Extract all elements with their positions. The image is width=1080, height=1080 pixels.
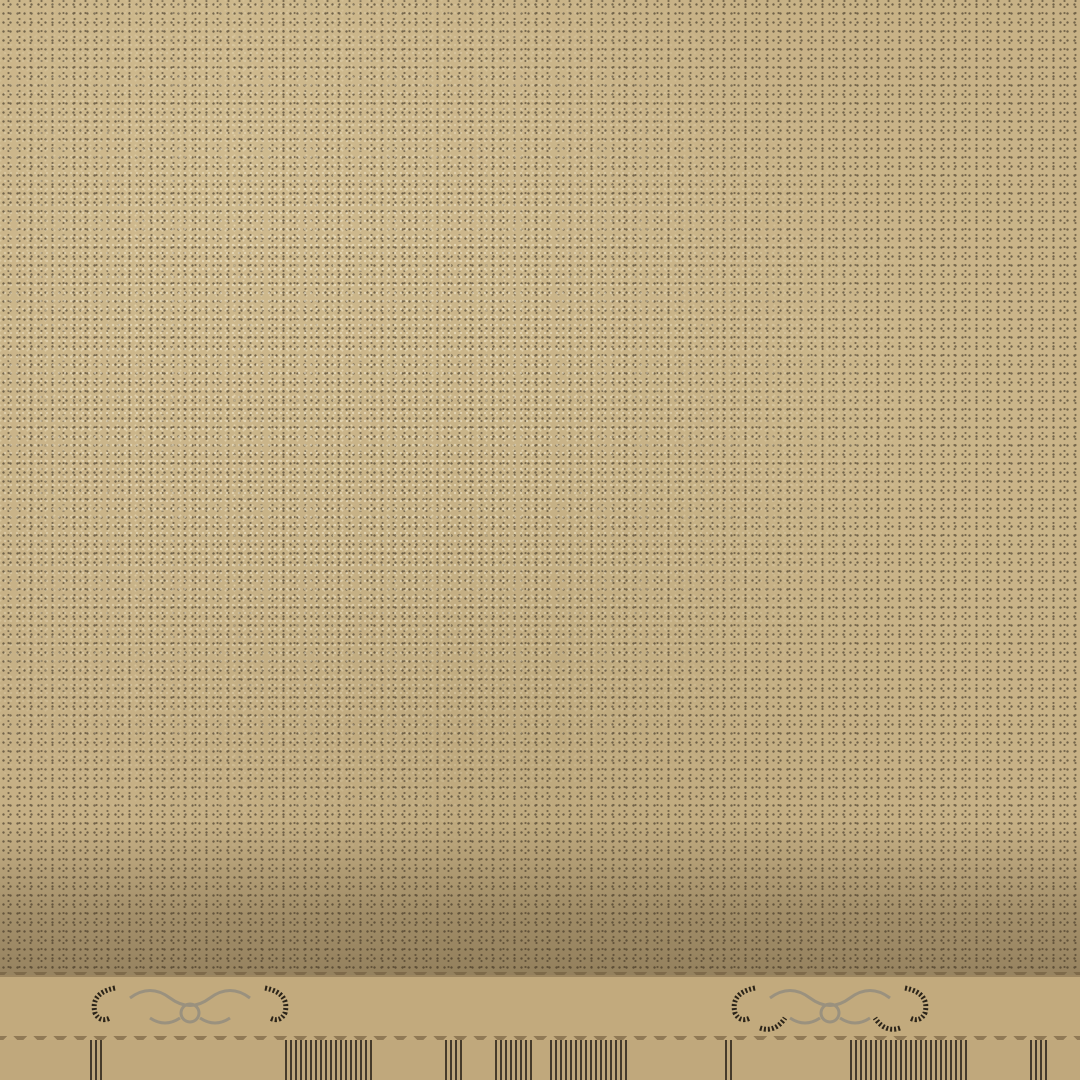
dark-print-stripe <box>285 1040 375 1080</box>
dark-print-stripe <box>445 1040 465 1080</box>
dark-print-stripe <box>850 1040 970 1080</box>
shaded-hem-area <box>0 820 1080 980</box>
dark-print-stripe <box>725 1040 735 1080</box>
dark-print-stripe <box>550 1040 630 1080</box>
dark-print-stripe <box>495 1040 535 1080</box>
scroll-ornament-icon <box>80 978 300 1040</box>
dark-print-stripe <box>1030 1040 1050 1080</box>
dark-print-stripe <box>90 1040 104 1080</box>
fabric-photo <box>0 0 1080 1080</box>
scroll-ornament-icon <box>720 978 940 1040</box>
